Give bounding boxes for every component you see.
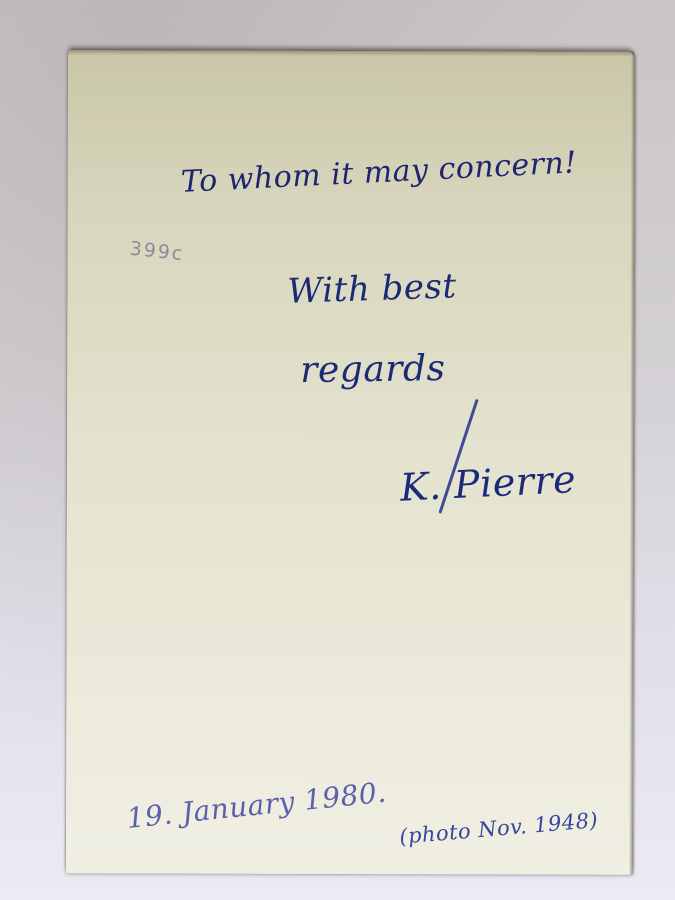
handwritten-closing-line-2: regards	[300, 348, 446, 391]
handwritten-photo-date-note: (photo Nov. 1948)	[398, 808, 599, 849]
card-right-edge-shadow	[629, 52, 634, 875]
card-top-edge-shadow	[68, 50, 634, 56]
photo-card-back: 399c To whom it may concern! With best r…	[66, 50, 634, 874]
handwritten-salutation: To whom it may concern!	[180, 145, 578, 200]
handwritten-signature: K. Pierre	[399, 457, 577, 510]
handwritten-closing-line-1: With best	[287, 266, 457, 311]
pencil-catalog-number: 399c	[129, 238, 186, 266]
handwritten-date: 19. January 1980.	[125, 776, 388, 835]
